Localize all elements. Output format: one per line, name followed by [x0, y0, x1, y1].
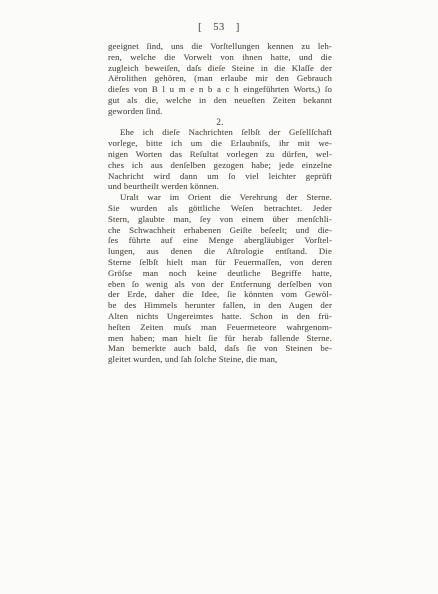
- text-line: nigen Worten das Reſultat vorlegen zu dü…: [108, 149, 332, 160]
- text-line: Gröſse man noch keine deutliche Begriffe…: [108, 268, 332, 279]
- text-line: men haben; man hielt ſie für herab falle…: [108, 333, 332, 344]
- text-line: che Schwachheit erhabenen Geiſte beſeelt…: [108, 225, 332, 236]
- text-line: zugleich beweiſen, daſs dieſe Steine in …: [108, 63, 332, 74]
- text-line: gut als die, welche in den neueſten Zeit…: [108, 95, 332, 106]
- text-line: Ehe ich dieſe Nachrichten ſelbſt der Geſ…: [108, 127, 332, 138]
- text-line: Nachricht wird dann um ſo viel leichter …: [108, 171, 332, 182]
- text-line: Stern, glaubte man, ſey von einem über m…: [108, 214, 332, 225]
- text-line: ren, welche die Vorwelt von ihnen hatte,…: [108, 52, 332, 63]
- section-number: 2.: [108, 117, 332, 128]
- text-column: geeignet ſind, uns die Vorſtellungen ken…: [108, 41, 332, 365]
- text-line: Alten nichts Ungereimtes hatte. Schon in…: [108, 311, 332, 322]
- text-line: ches ich aus denſelben gezogen habe; jed…: [108, 160, 332, 171]
- text-line: Sie wurden als göttliche Weſen betrachte…: [108, 203, 332, 214]
- paragraph-1: geeignet ſind, uns die Vorſtellungen ken…: [108, 41, 332, 117]
- text-line: heſten Zeiten muſs man Feuermeteore wahr…: [108, 322, 332, 333]
- text-line: Aërolithen gehören, (man erlaube mir den…: [108, 73, 332, 84]
- text-line: dieſes von B l u m e n b a c h eingeführ…: [108, 84, 332, 95]
- text-line: gleitet wurden, und ſah ſolche Steine, d…: [108, 354, 332, 365]
- text-line: geworden ſind.: [108, 106, 332, 117]
- paragraph-3: Uralt war im Orient die Verehrung der St…: [108, 192, 332, 365]
- text-line: eben ſo wenig als von der Entfernung der…: [108, 279, 332, 290]
- text-line: lungen, aus denen die Aſtrologie entſtan…: [108, 246, 332, 257]
- text-line: geeignet ſind, uns die Vorſtellungen ken…: [108, 41, 332, 52]
- text-line: Uralt war im Orient die Verehrung der St…: [108, 192, 332, 203]
- scanned-book-page: [ 53 ] geeignet ſind, uns die Vorſtellun…: [0, 0, 438, 594]
- paragraph-2: Ehe ich dieſe Nachrichten ſelbſt der Geſ…: [108, 127, 332, 192]
- text-line: der Erde, daher die Idee, ſie könnten vo…: [108, 289, 332, 300]
- text-line: be des Himmels herunter fallen, in den A…: [108, 300, 332, 311]
- text-line: ſes führte auf eine Menge abergläubiger …: [108, 235, 332, 246]
- text-line: Sterne ſelbſt hielt man für Feuermaſſen,…: [108, 257, 332, 268]
- text-line: und beurtheilt werden können.: [108, 181, 332, 192]
- page-number-header: [ 53 ]: [0, 22, 438, 33]
- text-line: vorlege, bitte ich um die Erlaubniſs, ih…: [108, 138, 332, 149]
- text-line: Man bemerkte auch bald, daſs ſie von Ste…: [108, 343, 332, 354]
